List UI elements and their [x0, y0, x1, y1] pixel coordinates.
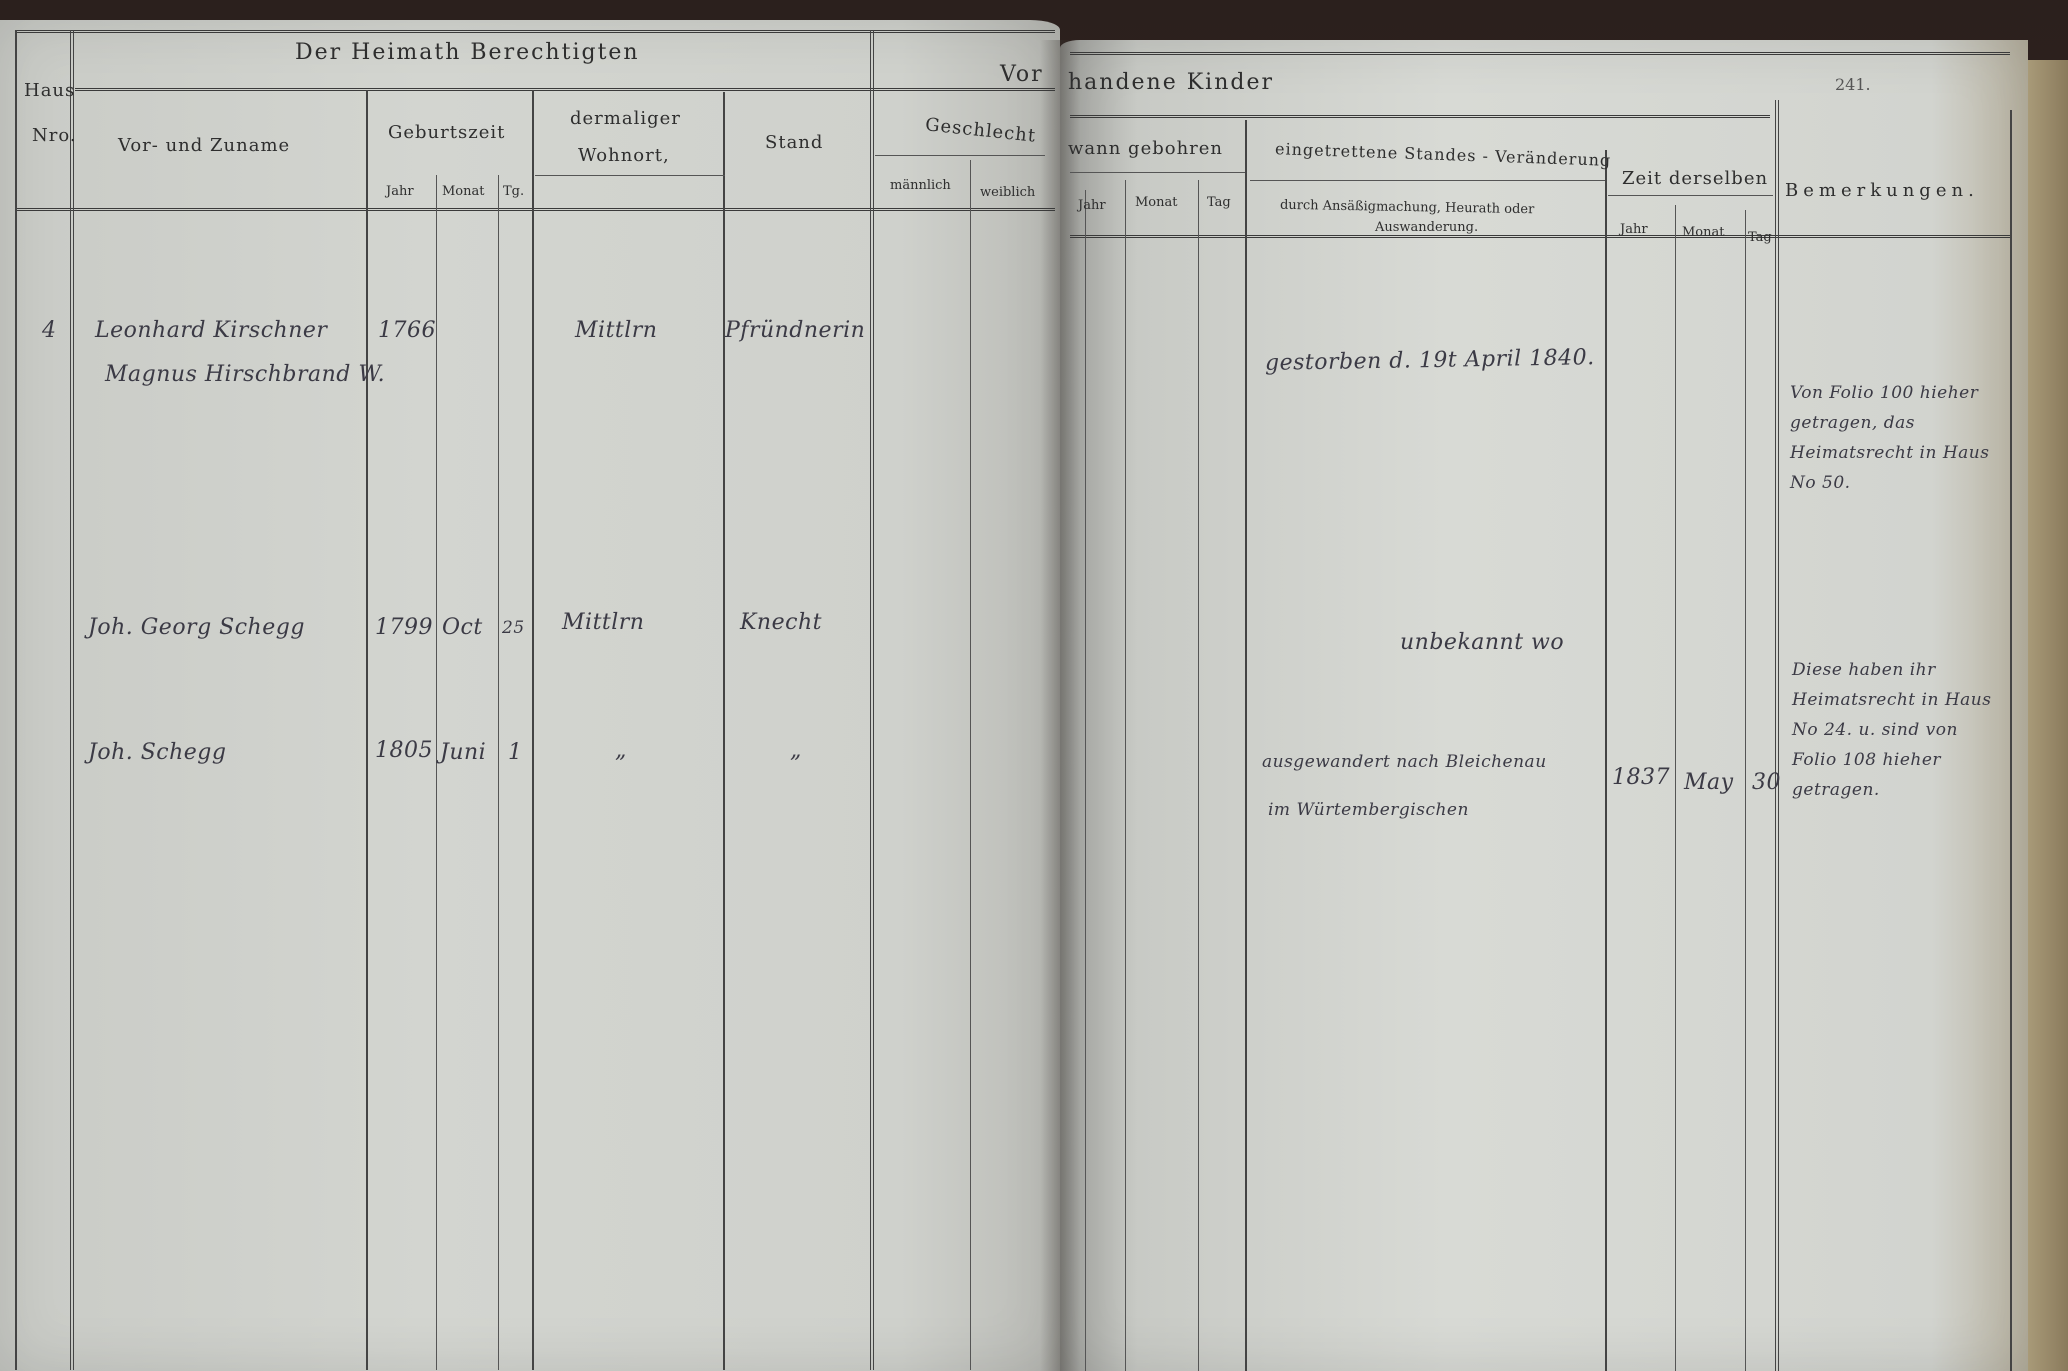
col-header-when-tag: Tag — [1748, 230, 1772, 245]
col-header-when-monat: Monat — [1682, 225, 1725, 240]
col-header-remarks: Bemerkungen. — [1785, 180, 1979, 201]
top-rule-right — [1070, 52, 2010, 55]
col-divider-born-jahr — [1085, 190, 1086, 1371]
col-header-born-jahr: Jahr — [1078, 198, 1106, 213]
birth-sub-rule — [535, 175, 725, 176]
group-title-heimath: Der Heimath Berechtigten — [295, 40, 640, 65]
entry-3-birth-month: Juni — [440, 740, 486, 765]
entry-1-residence: Mittlrn — [575, 318, 657, 343]
haus-label: Haus — [24, 80, 75, 101]
entry-2-stand: Knecht — [740, 610, 822, 635]
entry-3-residence-ditto: „ — [615, 738, 627, 763]
col-divider-when-jahr — [1675, 205, 1676, 1371]
col-divider-born-monat — [1198, 180, 1199, 1371]
col-header-birth: Geburtszeit — [388, 122, 505, 143]
col-divider-name — [366, 90, 368, 1370]
entry-3-name: Joh. Schegg — [88, 740, 226, 765]
spanning-title-handene-kinder: handene Kinder — [1068, 70, 1274, 95]
entry-3-change-line2: im Würtembergischen — [1268, 800, 1469, 820]
entry-1-birth-year: 1766 — [378, 318, 436, 343]
col-header-born-tag: Tag — [1207, 195, 1231, 210]
col-header-birth-monat: Monat — [442, 184, 485, 199]
header-bottom-rule-left — [15, 208, 1055, 211]
spanning-title-vor: Vor — [1000, 62, 1044, 87]
entry-2-birth-month: Oct — [442, 615, 483, 640]
nro-label: Nro. — [32, 125, 77, 146]
entry-3-birth-day: 1 — [508, 740, 523, 765]
col-divider-haus — [70, 30, 74, 1370]
col-header-name: Vor- und Zuname — [118, 135, 290, 156]
entry-3-change-line1: ausgewandert nach Bleichenau — [1262, 752, 1547, 772]
page-number: 241. — [1835, 75, 1871, 94]
col-divider-jahr — [436, 175, 437, 1370]
entry-1-stand: Pfründnerin — [725, 318, 865, 343]
entry-2-name: Joh. Georg Schegg — [88, 615, 305, 640]
entry-3-change-day: 30 — [1752, 770, 1781, 795]
col-header-residence-1: dermaliger — [570, 108, 681, 129]
col-divider-born — [1245, 120, 1247, 1371]
entry-1-name-line1: Leonhard Kirschner — [95, 318, 327, 343]
col-header-birth-jahr: Jahr — [386, 184, 414, 199]
col-header-change-sub-2: Auswanderung. — [1375, 220, 1478, 235]
col-divider-born-jahr-2 — [1125, 180, 1126, 1371]
col-divider-monat — [498, 175, 499, 1370]
col-header-born: wann gebohren — [1068, 138, 1223, 159]
top-rule-left — [15, 30, 1055, 33]
entry-1-haus-nro: 4 — [42, 318, 57, 343]
gender-sub-rule — [875, 155, 1045, 156]
entry-2-birth-day: 25 — [502, 618, 525, 638]
right-border — [2010, 110, 2012, 1371]
col-divider-when-monat — [1745, 210, 1746, 1371]
col-header-residence-2: Wohnort, — [578, 145, 670, 166]
entry-3-birth-year: 1805 — [375, 738, 433, 763]
book-gutter — [1040, 40, 1080, 1371]
entry-2-birth-year: 1799 — [375, 615, 433, 640]
col-header-male: männlich — [890, 178, 951, 193]
page-edge — [2028, 60, 2068, 1371]
entry-2-change: unbekannt wo — [1400, 630, 1564, 655]
born-sub-rule — [1070, 172, 1245, 173]
col-divider-gender — [970, 160, 971, 1370]
change-sub-rule — [1250, 180, 1605, 181]
col-divider-change — [1605, 150, 1607, 1371]
entry-1-remarks: Von Folio 100 hieher getragen, das Heima… — [1790, 378, 2000, 498]
group-rule-right — [1070, 115, 1770, 118]
col-header-stand: Stand — [765, 132, 823, 153]
header-bottom-rule-right — [1070, 235, 2010, 238]
entry-3-stand-ditto: „ — [790, 738, 802, 763]
left-page — [0, 20, 1060, 1371]
col-header-when: Zeit derselben — [1622, 168, 1768, 189]
col-header-female: weiblich — [980, 185, 1035, 200]
col-header-when-jahr: Jahr — [1620, 222, 1648, 237]
col-divider-birth — [532, 90, 534, 1370]
entry-3-change-month: May — [1684, 770, 1734, 795]
left-border — [15, 30, 17, 1370]
col-header-born-monat: Monat — [1135, 195, 1178, 210]
entry-3-remarks: Diese haben ihr Heimatsrecht in Haus No … — [1792, 655, 2002, 805]
entry-2-residence: Mittlrn — [562, 610, 644, 635]
col-header-birth-tag: Tg. — [503, 184, 524, 199]
group-rule-left — [75, 88, 1055, 91]
entry-1-name-line2: Magnus Hirschbrand W. — [105, 362, 385, 387]
when-sub-rule — [1608, 195, 1773, 196]
entry-3-change-year: 1837 — [1612, 765, 1670, 790]
col-divider-stand — [870, 30, 874, 1370]
col-divider-residence — [723, 92, 725, 1370]
col-divider-when — [1775, 100, 1779, 1371]
